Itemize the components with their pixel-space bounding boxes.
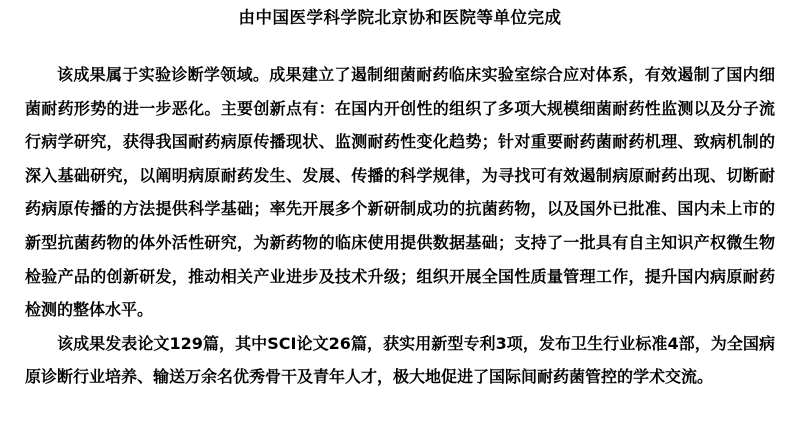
text-line: 新型抗菌药物的体外活性研究，为新药物的临床使用提供数据基础；支持了一批具有自主知… xyxy=(25,226,775,260)
paragraph-overview: 该成果属于实验诊断学领域。成果建立了遏制细菌耐药临床实验室综合应对体系，有效遏制… xyxy=(25,58,775,327)
text-line: 该成果属于实验诊断学领域。成果建立了遏制细菌耐药临床实验室综合应对体系，有效遏制… xyxy=(25,58,775,92)
text-line: 原诊断行业培养、输送万余名优秀骨干及青年人才，极大地促进了国际间耐药菌管控的学术… xyxy=(25,360,775,394)
text-line: 检测的整体水平。 xyxy=(25,293,775,327)
document-body: 该成果属于实验诊断学领域。成果建立了遏制细菌耐药临床实验室综合应对体系，有效遏制… xyxy=(25,58,775,394)
text-line: 该成果发表论文129篇，其中SCI论文26篇，获实用新型专利3项，发布卫生行业标… xyxy=(25,327,775,361)
text-line: 行病学研究，获得我国耐药病原传播现状、监测耐药性变化趋势；针对重要耐药菌耐药机理… xyxy=(25,125,775,159)
text-line: 检验产品的创新研发，推动相关产业进步及技术升级；组织开展全国性质量管理工作，提升… xyxy=(25,260,775,294)
paragraph-achievements: 该成果发表论文129篇，其中SCI论文26篇，获实用新型专利3项，发布卫生行业标… xyxy=(25,327,775,394)
page-title: 由中国医学科学院北京协和医院等单位完成 xyxy=(0,8,800,28)
text-line: 药病原传播的方法提供科学基础；率先开展多个新研制成功的抗菌药物，以及国外已批准、… xyxy=(25,192,775,226)
text-line: 菌耐药形势的进一步恶化。主要创新点有：在国内开创性的组织了多项大规模细菌耐药性监… xyxy=(25,92,775,126)
text-line: 深入基础研究，以阐明病原耐药发生、发展、传播的科学规律，为寻找可有效遏制病原耐药… xyxy=(25,159,775,193)
